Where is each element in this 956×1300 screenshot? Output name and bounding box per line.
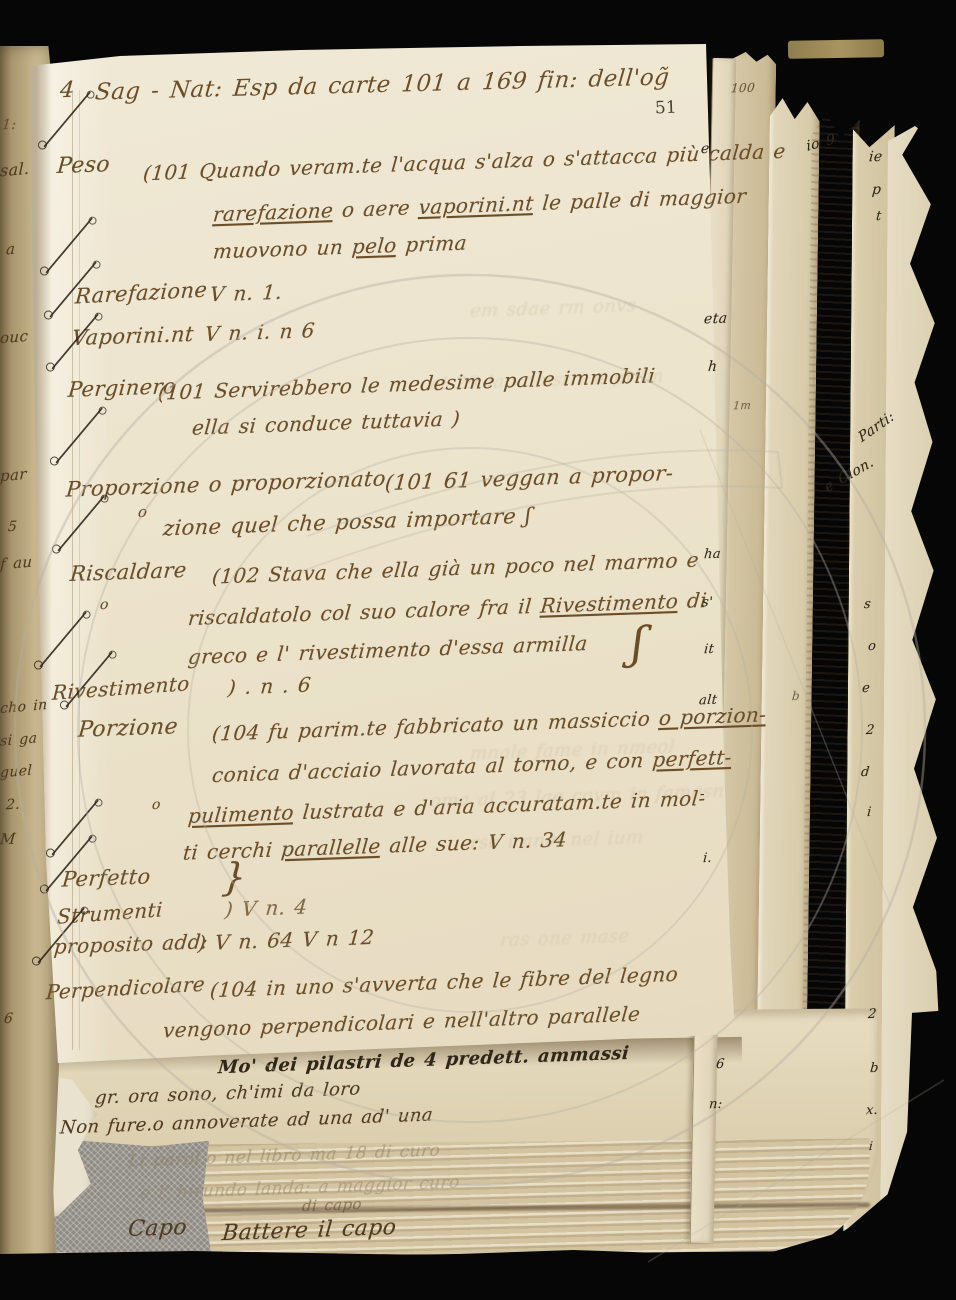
ink-line: h [707,360,718,374]
ink-flourish [39,611,87,667]
ink-line: Capo [127,1217,188,1241]
ink-line: o [99,598,109,612]
ink-line: M [0,832,16,848]
ink-line: Perpendicolare [45,974,205,1002]
ink-line: (101 Quando veram.te l'acqua s'alza o s'… [142,141,786,184]
ink-line: Non fure.o annoverate ad una ad' una [59,1106,433,1137]
ink-line: vengono perpendicolari e nell'altro para… [162,1004,641,1041]
ink-line: x. [865,1104,878,1117]
ink-line: Parti: [856,409,896,445]
ink-line: t [875,210,882,223]
ink-flourish [57,495,105,551]
ink-line: Battere il capo [221,1217,397,1245]
ink-line: 5 [7,520,18,534]
ink-line: (104 fu parim.te fabbricato un massiccio… [211,704,767,743]
ink-line: e [700,142,710,156]
ink-line: e l' hirundo landa: a maggior curo [139,1174,460,1202]
ink-flourish [51,799,99,855]
ink-text: Rivestimento [539,589,679,618]
ink-line: i [868,1140,873,1152]
ink-line: ha [703,548,721,562]
ink-flourish [55,407,103,463]
ink-line: Perfetto [61,866,151,890]
ink-line: zione quel che possa importare ʃ [162,506,532,540]
ink-line: p [871,183,882,197]
ink-line: o [151,798,161,812]
ink-line: 2 [865,724,875,737]
ink-text: le palle di maggior [533,184,748,216]
ink-line: cho in [0,698,48,716]
page-header-title: Sag - Nat: Esp da carte 101 a 169 fin: d… [94,64,671,105]
ink-line: o [867,640,876,653]
manuscript-photo: Sag - Nat: Esp da carte 101 a 169 fin: d… [0,0,956,1300]
ink-line: Peso [56,154,111,178]
ink-line: (104 in uno s'avverta che le fibre del l… [209,964,679,1000]
ink-line: ella si conduce tuttavia ) [191,408,461,437]
ink-text: pelo [351,233,398,259]
ink-line: (101 61 veggan a propor- [384,463,674,494]
ink-line: 1m [733,400,752,412]
ink-line: b [869,1062,879,1075]
ink-line: muovono un pelo prima [212,233,468,262]
ink-line: Rarefazione [74,279,208,307]
ink-text: o aere [332,195,420,222]
ink-line: a [6,242,16,258]
ink-text: pulimento [187,800,295,828]
ink-text: parallelle [280,834,382,862]
ink-line: ) V n. 64 V n 12 [197,927,375,953]
ink-line: par [0,467,27,484]
ink-line: io 9 [806,132,837,154]
ink-line: s [863,598,871,611]
ink-line: ʃ [630,622,646,667]
ink-line: alt [698,694,717,708]
ink-line: } [220,858,248,897]
ink-line: ie [868,150,883,165]
ink-line: ras one mase [499,928,630,951]
ink-line: 2 [867,1008,877,1021]
ink-line: si ga [0,731,38,748]
ink-line: 4 [59,80,75,103]
ink-line: 6 [715,1058,725,1071]
ink-line: rse i anei nel ium [469,829,644,853]
ink-line: 100 [730,82,755,95]
ink-line: di capo [301,1197,362,1214]
ink-line: rarefazione o aere vaporini.nt le palle … [212,186,747,225]
ink-line: e Cion. [823,455,876,495]
ink-line: 2. [5,798,20,813]
ink-line: f au [0,555,33,573]
ink-line: gr. ora sono, ch'imi da loro [94,1080,361,1107]
ink-line: riscaldatolo col suo calore fra il Rives… [187,590,708,628]
ink-line: 1: [1,118,17,133]
ink-line: d [860,766,870,779]
ink-line: n: [708,1098,723,1112]
ink-line: o [137,505,148,520]
ink-line: ouc [0,329,29,347]
ink-line: Riscaldare [69,560,188,585]
ink-line: 6 [3,1012,14,1026]
ink-line: em sdae rm onvs [469,297,637,321]
ink-line: guel [0,764,33,781]
ink-line: V n. 1. [209,282,283,305]
ink-line: i. [702,852,712,865]
ink-line: greco e l' rivestimento d'essa armilla [187,633,588,667]
ink-line: Porzione [77,716,179,742]
ink-line: ) V n. 4 [224,897,308,920]
ink-text: riscaldatolo col suo calore fra il [187,594,541,630]
ink-line: e [861,682,870,695]
ink-line: eta [703,312,728,327]
ink-line: ) . n . 6 [227,675,312,698]
handwriting-layer: Sag - Nat: Esp da carte 101 a 169 fin: d… [0,0,956,1300]
ink-line: Mo' dei pilastri de 4 predett. ammassi [217,1045,630,1077]
ink-line: (102 Stava che ella già un poco nel marm… [211,549,700,586]
ink-text: prima [396,231,468,258]
page-number: 51 [655,98,677,119]
ink-text: muovono un [212,235,353,264]
ink-line: sal. [0,161,30,180]
ink-line: i [866,806,872,819]
ink-line: b [791,690,800,702]
ink-line: V n. i. n 6 [204,320,316,344]
ink-line: proposito add: [53,931,209,956]
ink-line: Li parol.o nel libro ma 18 di curo [127,1143,441,1171]
ink-flourish [45,217,93,273]
ink-text: rarefazione [212,198,334,226]
ink-line: it [703,643,714,656]
ink-line: Proporzione o proporzionato [65,468,387,500]
ink-line: Vaporini.nt [71,324,195,349]
ink-line: s' [701,596,713,609]
ink-text: vaporini.nt [418,191,535,219]
